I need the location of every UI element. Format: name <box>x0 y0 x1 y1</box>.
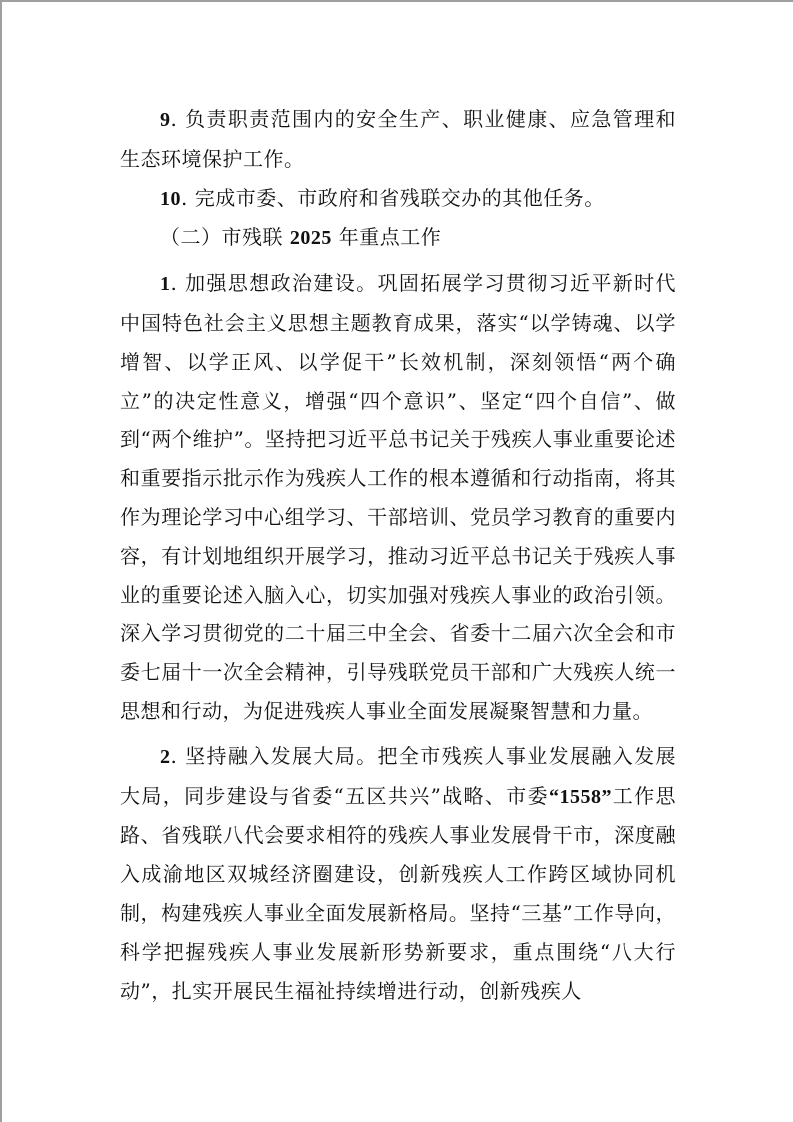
task-number: 1 <box>160 273 171 295</box>
heading-suffix: 年重点工作 <box>339 225 442 249</box>
item-text: 完成市委、市政府和省残联交办的其他任务。 <box>195 186 605 210</box>
task-body-part2: 工作思路、省残联八代会要求相符的残疾人事业发展骨干市，深度融入成渝地区双城经济圈… <box>120 784 676 1003</box>
task-1: 1. 加强思想政治建设。巩固拓展学习贯彻习近平新时代中国特色社会主义思想主题教育… <box>120 264 676 731</box>
heading-year: 2025 <box>290 227 332 249</box>
task-title: 加强思想政治建设。 <box>185 271 377 295</box>
task-2: 2. 坚持融入发展大局。把全市残疾人事业发展融入发展大局，同步建设与省委“五区共… <box>120 737 676 1011</box>
item-separator: . <box>171 107 186 131</box>
task-body-bold-code: “1558” <box>549 786 612 808</box>
heading-prefix: （二）市残联 <box>160 225 283 249</box>
item-text: 负责职责范围内的安全生产、职业健康、应急管理和生态环境保护工作。 <box>120 107 676 171</box>
task-title: 坚持融入发展大局。 <box>185 744 377 768</box>
task-separator: . <box>171 271 186 295</box>
item-number: 10 <box>160 188 181 210</box>
task-body: 巩固拓展学习贯彻习近平新时代中国特色社会主义思想主题教育成果，落实“以学铸魂、以… <box>120 271 676 723</box>
item-10: 10. 完成市委、市政府和省残联交办的其他任务。 <box>120 179 676 219</box>
item-separator: . <box>181 186 195 210</box>
task-separator: . <box>171 744 186 768</box>
task-number: 2 <box>160 746 171 768</box>
item-9: 9. 负责职责范围内的安全生产、职业健康、应急管理和生态环境保护工作。 <box>120 100 676 179</box>
section-heading: （二）市残联 2025 年重点工作 <box>120 218 676 258</box>
document-page: 9. 负责职责范围内的安全生产、职业健康、应急管理和生态环境保护工作。 10. … <box>120 100 676 1010</box>
item-number: 9 <box>160 109 171 131</box>
